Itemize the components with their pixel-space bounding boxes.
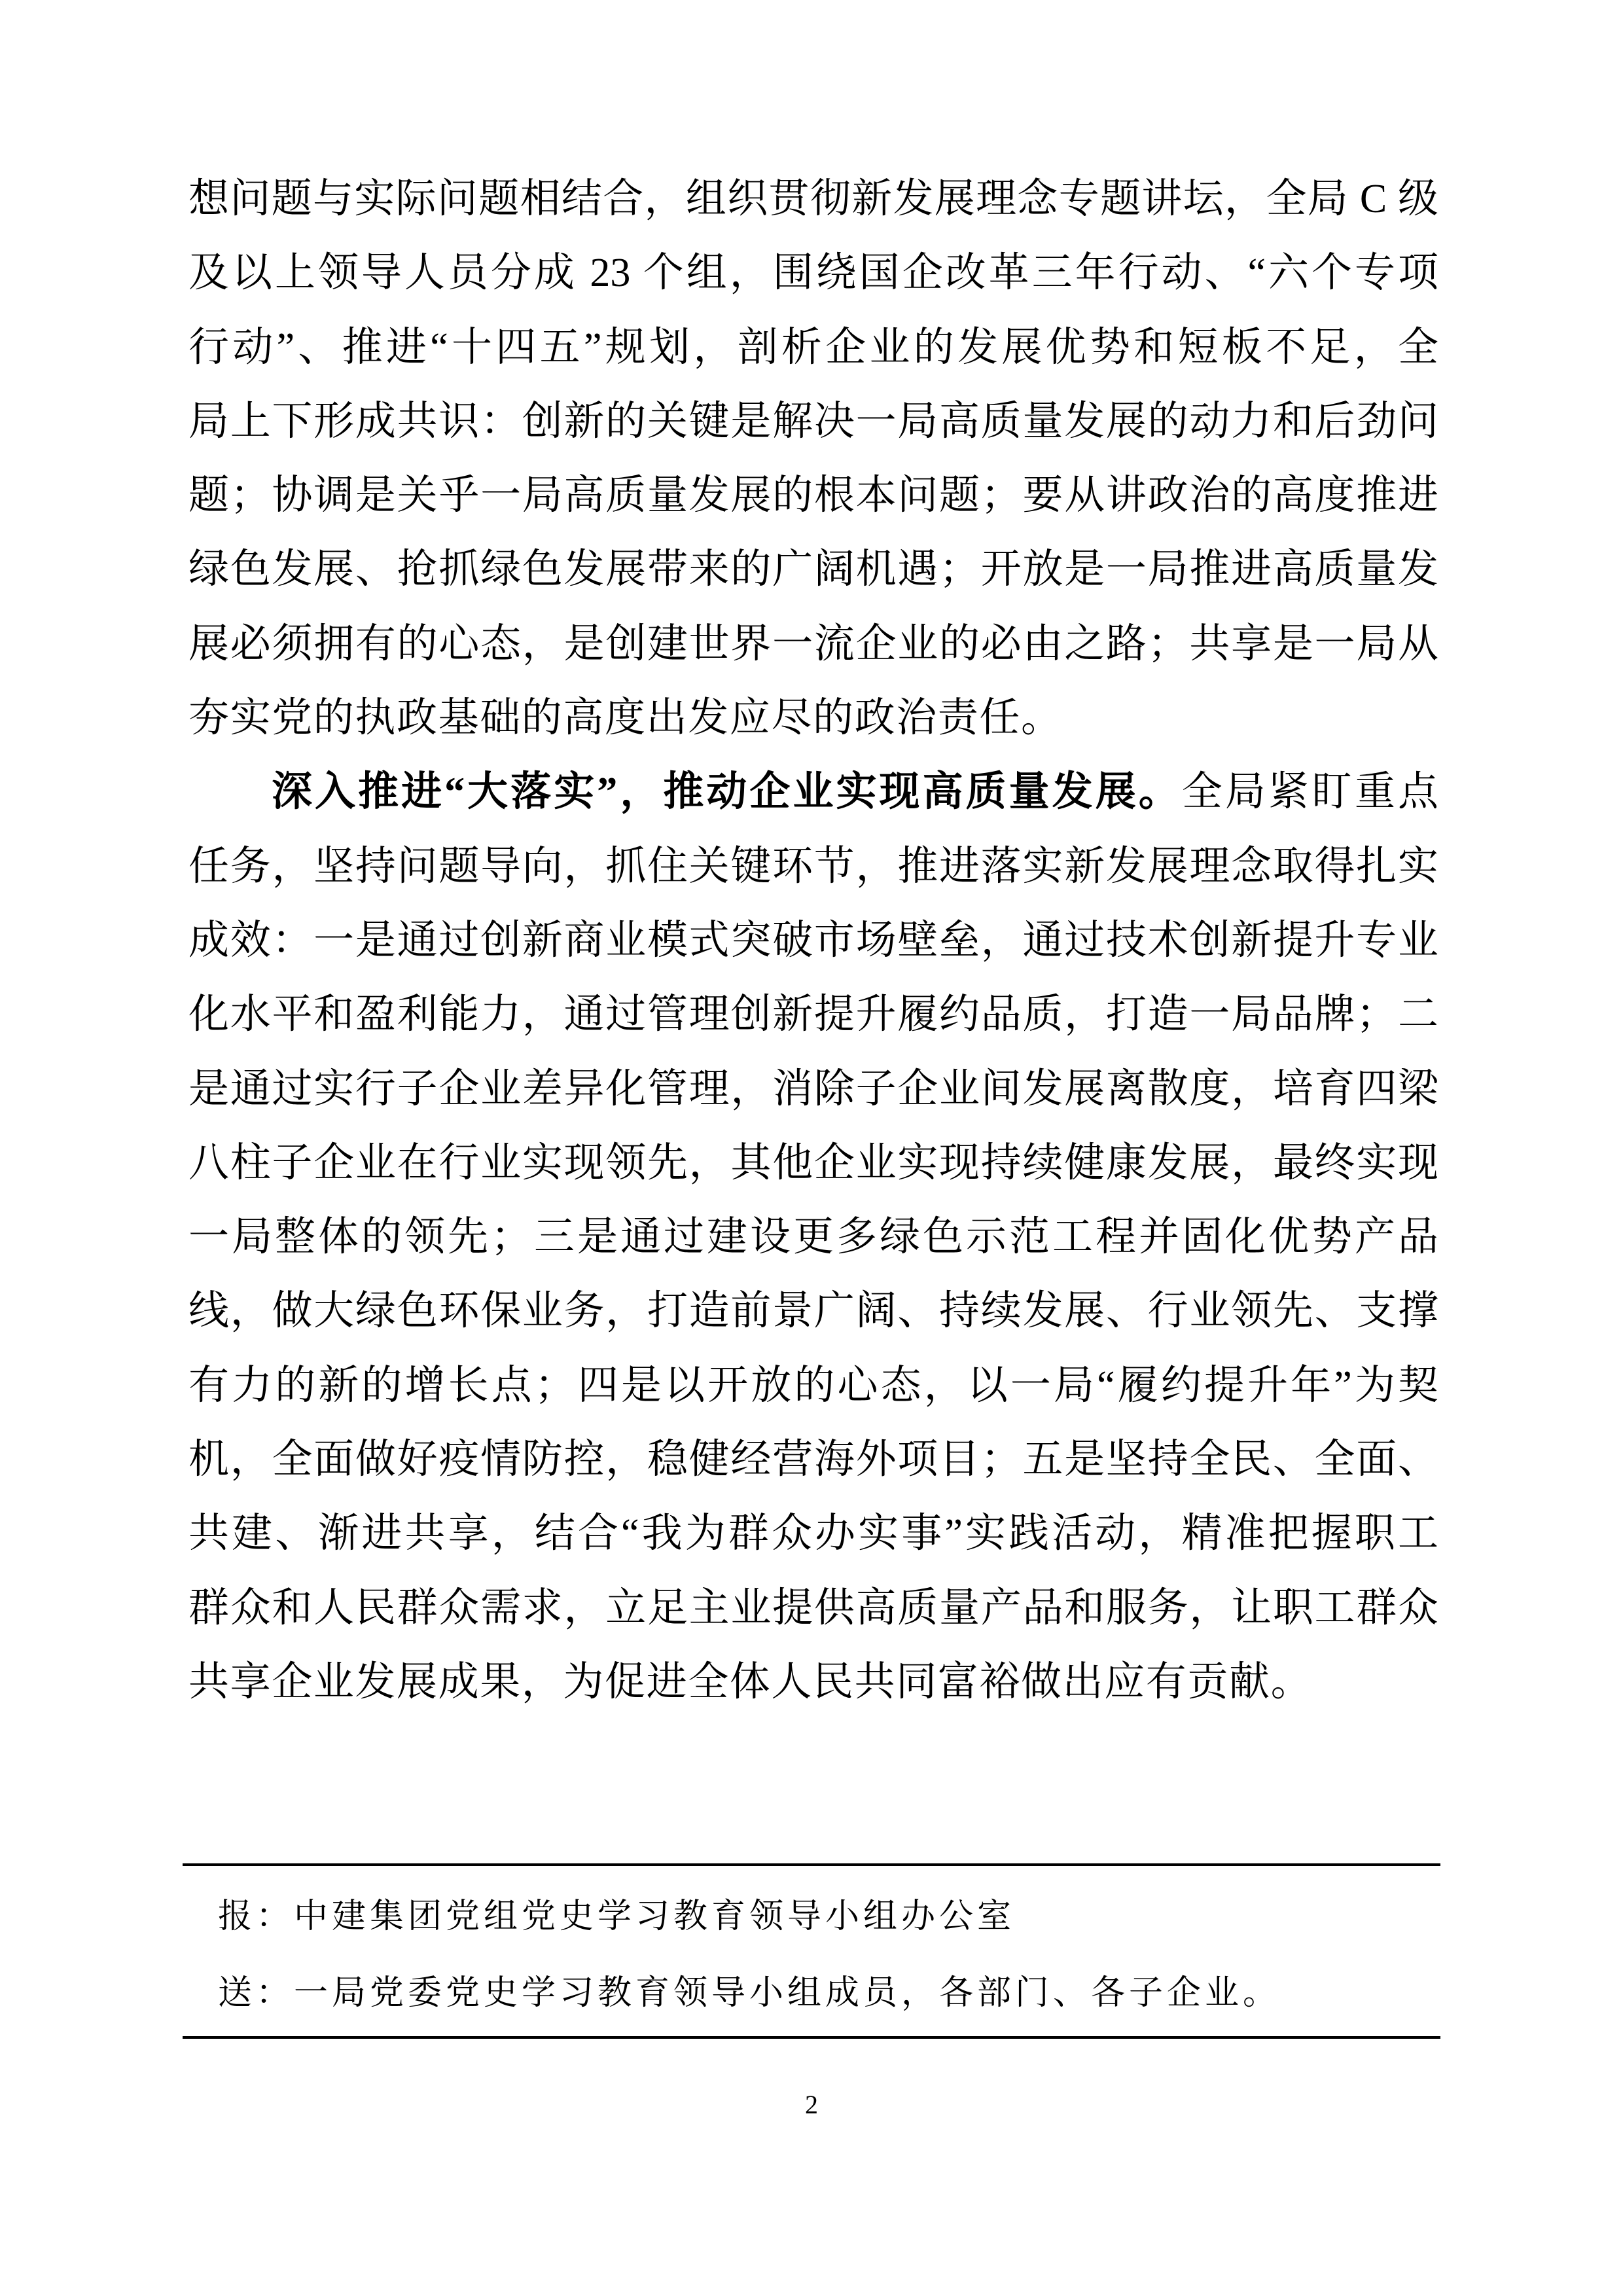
text-line: 任务，坚持问题导向，抓住关键环节，推进落实新发展理念取得扎实 [188,830,1438,904]
body-text: 想问题与实际问题相结合，组织贯彻新发展理念专题讲坛，全局 C 级 及以上领导人员… [188,162,1438,1719]
paragraph-heading: 深入推进“大落实”，推动企业实现高质量发展。 [272,770,1182,814]
paragraph-lead-line: 深入推进“大落实”，推动企业实现高质量发展。全局紧盯重点 [188,755,1438,829]
text-line: 群众和人民群众需求，立足主业提供高质量产品和服务，让职工群众 [188,1571,1438,1645]
document-page: 想问题与实际问题相结合，组织贯彻新发展理念专题讲坛，全局 C 级 及以上领导人员… [0,0,1623,2296]
text-line: 局上下形成共识：创新的关键是解决一局高质量发展的动力和后劲问 [188,385,1438,459]
paragraph-2: 深入推进“大落实”，推动企业实现高质量发展。全局紧盯重点 任务，坚持问题导向，抓… [188,755,1438,1719]
text-line: 是通过实行子企业差异化管理，消除子企业间发展离散度，培育四梁 [188,1052,1438,1126]
text-line: 绿色发展、抢抓绿色发展带来的广阔机遇；开放是一局推进高质量发 [188,533,1438,607]
text-line: 题；协调是关乎一局高质量发展的根本问题；要从讲政治的高度推进 [188,459,1438,533]
send-to-line: 送：一局党委党史学习教育领导小组成员，各部门、各子企业。 [218,1974,1281,2013]
text-line: 夯实党的执政基础的高度出发应尽的政治责任。 [188,681,1438,755]
text-line: 八柱子企业在行业实现领先，其他企业实现持续健康发展，最终实现 [188,1126,1438,1200]
text-line: 线，做大绿色环保业务，打造前景广阔、持续发展、行业领先、支撑 [188,1274,1438,1348]
text-line: 行动”、推进“十四五”规划，剖析企业的发展优势和短板不足，全 [188,311,1438,385]
footer-top-rule [183,1863,1440,1866]
page-number: 2 [779,2090,844,2120]
text-line: 成效：一是通过创新商业模式突破市场壁垒，通过技术创新提升专业 [188,904,1438,978]
text-line: 及以上领导人员分成 23 个组，围绕国企改革三年行动、“六个专项 [188,236,1438,310]
text-line: 共建、渐进共享，结合“我为群众办实事”实践活动，精准把握职工 [188,1497,1438,1571]
paragraph-1: 想问题与实际问题相结合，组织贯彻新发展理念专题讲坛，全局 C 级 及以上领导人员… [188,162,1438,755]
text-line: 共享企业发展成果，为促进全体人民共同富裕做出应有贡献。 [188,1645,1438,1719]
text-line: 有力的新的增长点；四是以开放的心态，以一局“履约提升年”为契 [188,1349,1438,1423]
text-line: 化水平和盈利能力，通过管理创新提升履约品质，打造一局品牌；二 [188,978,1438,1052]
text-line: 机，全面做好疫情防控，稳健经营海外项目；五是坚持全民、全面、 [188,1423,1438,1497]
text-line: 想问题与实际问题相结合，组织贯彻新发展理念专题讲坛，全局 C 级 [188,162,1438,236]
text-line: 一局整体的领先；三是通过建设更多绿色示范工程并固化优势产品 [188,1200,1438,1274]
footer-bottom-rule [183,2036,1440,2039]
report-to-line: 报：中建集团党组党史学习教育领导小组办公室 [218,1897,1015,1937]
text-line: 展必须拥有的心态，是创建世界一流企业的必由之路；共享是一局从 [188,607,1438,681]
text-run: 全局紧盯重点 [1182,770,1438,814]
